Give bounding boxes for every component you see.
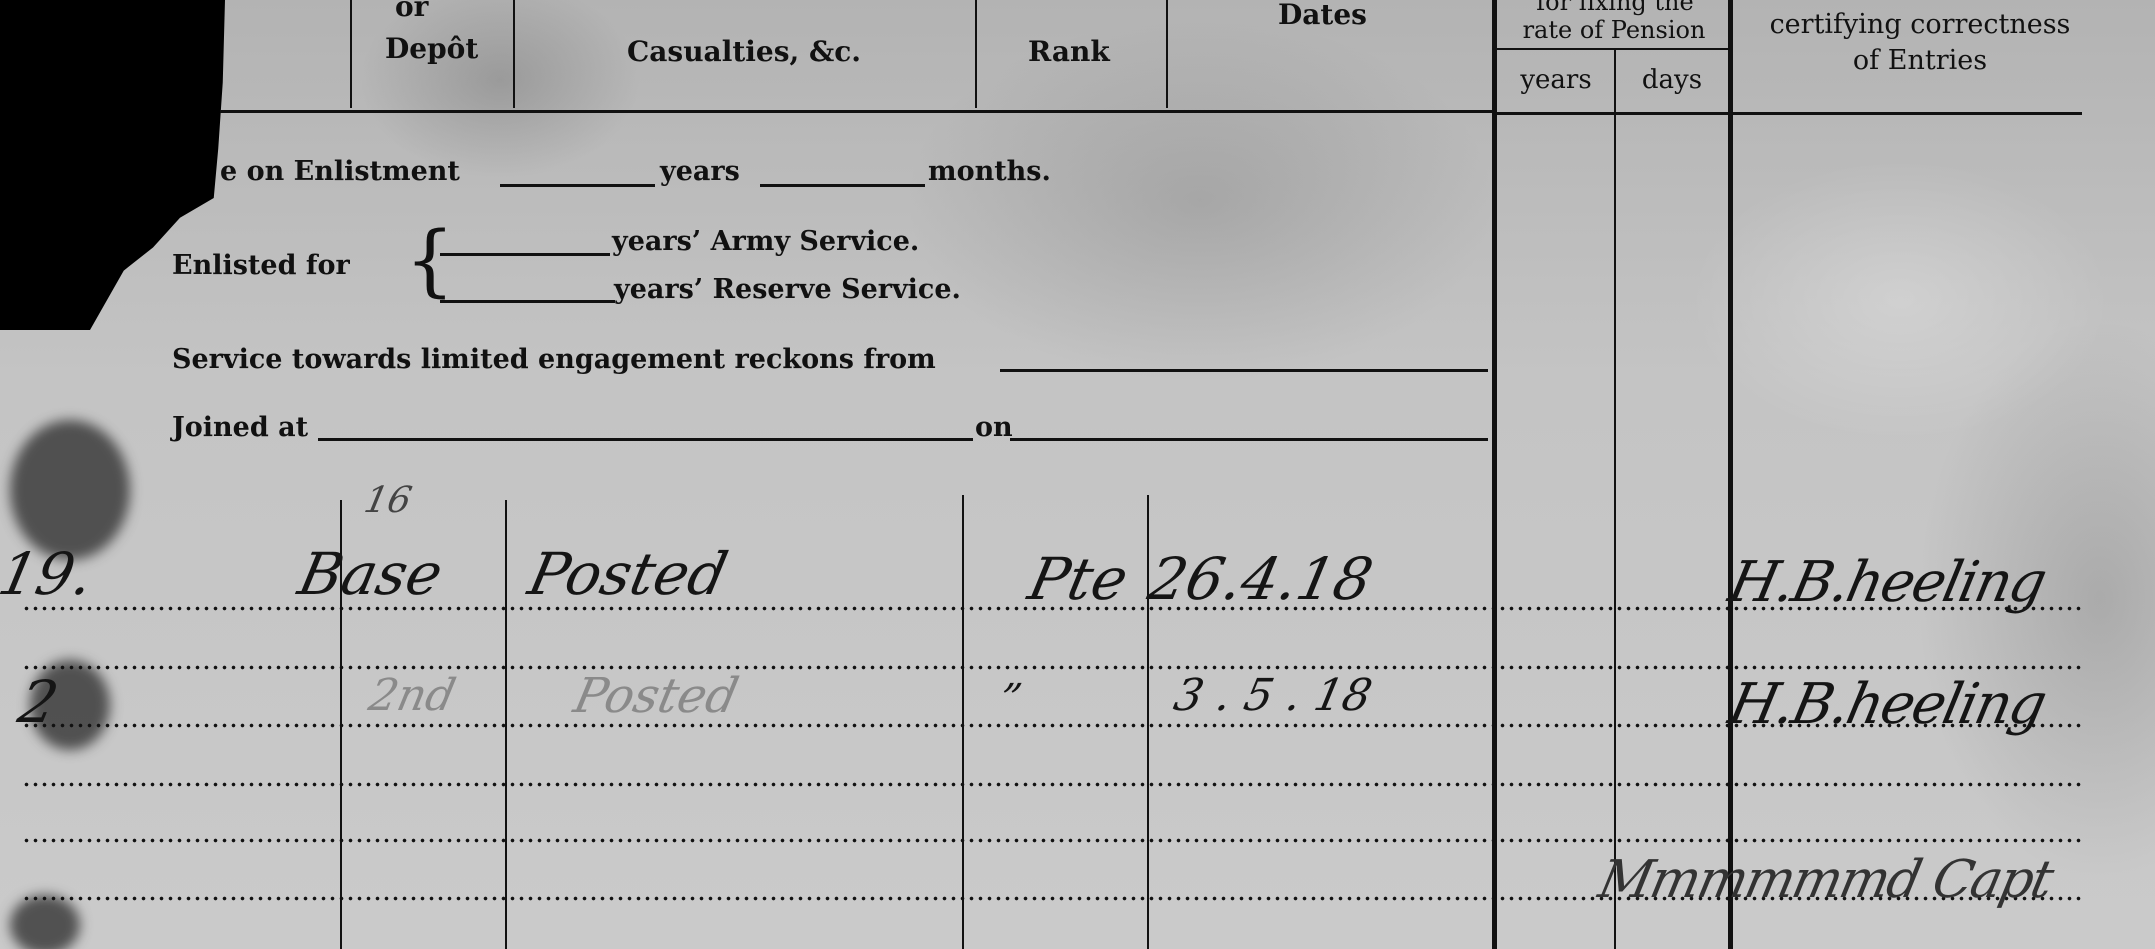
header-signature-line1: certifying correctness [1735, 8, 2105, 41]
col-divider [1728, 0, 1733, 949]
header-pension-years: years [1500, 64, 1612, 97]
entry-1-depot[interactable]: Base [293, 540, 449, 608]
entry-1-depot-note: 16 [361, 480, 416, 521]
field-age-months[interactable] [760, 184, 925, 187]
field-joined-at[interactable] [318, 438, 973, 441]
ink-stain [10, 420, 130, 560]
header-bottom-rule [1492, 112, 2082, 115]
col-divider [1147, 495, 1149, 949]
header-casualties: Casualties, &c. [627, 35, 861, 68]
entry-4-signature[interactable]: Mmmmmmd Capt [1594, 850, 2057, 910]
col-divider [350, 0, 352, 108]
entry-1-casualty[interactable]: Posted [523, 540, 734, 608]
entry-2-date[interactable]: 3 . 5 . 18 [1170, 670, 1377, 721]
header-signature-line2: of Entries [1735, 44, 2105, 77]
header-depot: Depôt [385, 32, 478, 65]
field-limited-engagement-from[interactable] [1000, 369, 1488, 372]
label-enlisted-for: Enlisted for [172, 250, 350, 281]
field-age-years[interactable] [500, 184, 655, 187]
col-divider [962, 495, 964, 949]
col-divider [975, 0, 977, 108]
col-divider [1166, 0, 1168, 108]
header-pension-line2: rate of Pension [1500, 14, 1728, 47]
entry-row-rule [22, 838, 2082, 843]
header-depot-or: or [395, 0, 428, 23]
entry-row-rule [22, 665, 2082, 670]
header-rank: Rank [1028, 35, 1110, 68]
brace-icon: { [405, 222, 455, 300]
col-divider [513, 0, 515, 108]
pension-subheader-rule [1497, 48, 1728, 50]
entry-1-signature[interactable]: H.B.heeling [1723, 550, 2050, 615]
entry-2-casualty[interactable]: Posted [569, 668, 743, 724]
label-joined-on: on [975, 412, 1013, 443]
label-months: months. [928, 156, 1051, 187]
entry-2-depot[interactable]: 2nd [365, 670, 460, 721]
label-reserve-service: years’ Reserve Service. [614, 274, 961, 305]
label-joined-at: Joined at [172, 412, 308, 443]
field-reserve-service-years[interactable] [440, 300, 615, 303]
document-page: or Depôt Casualties, &c. Rank Dates for … [0, 0, 2155, 949]
ink-stain [10, 895, 80, 949]
label-army-service: years’ Army Service. [612, 226, 919, 257]
header-bottom-rule [220, 110, 1492, 113]
entry-row-rule [22, 782, 2082, 787]
entry-1-date[interactable]: 26.4.18 [1143, 545, 1379, 613]
label-age-on-enlistment: e on Enlistment [220, 156, 460, 187]
col-divider [1492, 0, 1497, 949]
field-army-service-years[interactable] [440, 253, 610, 256]
entry-2-rank[interactable]: ” [995, 676, 1025, 722]
header-pension-days: days [1617, 64, 1727, 97]
entry-2-signature[interactable]: H.B.heeling [1723, 672, 2050, 737]
col-divider [1614, 50, 1616, 949]
field-joined-on[interactable] [1010, 438, 1488, 441]
header-dates: Dates [1278, 0, 1367, 31]
label-years: years [660, 156, 740, 187]
entry-1-rank[interactable]: Pte [1023, 545, 1134, 613]
label-limited-engagement: Service towards limited engagement recko… [172, 344, 936, 375]
entry-1-margin: 19. [0, 540, 99, 608]
